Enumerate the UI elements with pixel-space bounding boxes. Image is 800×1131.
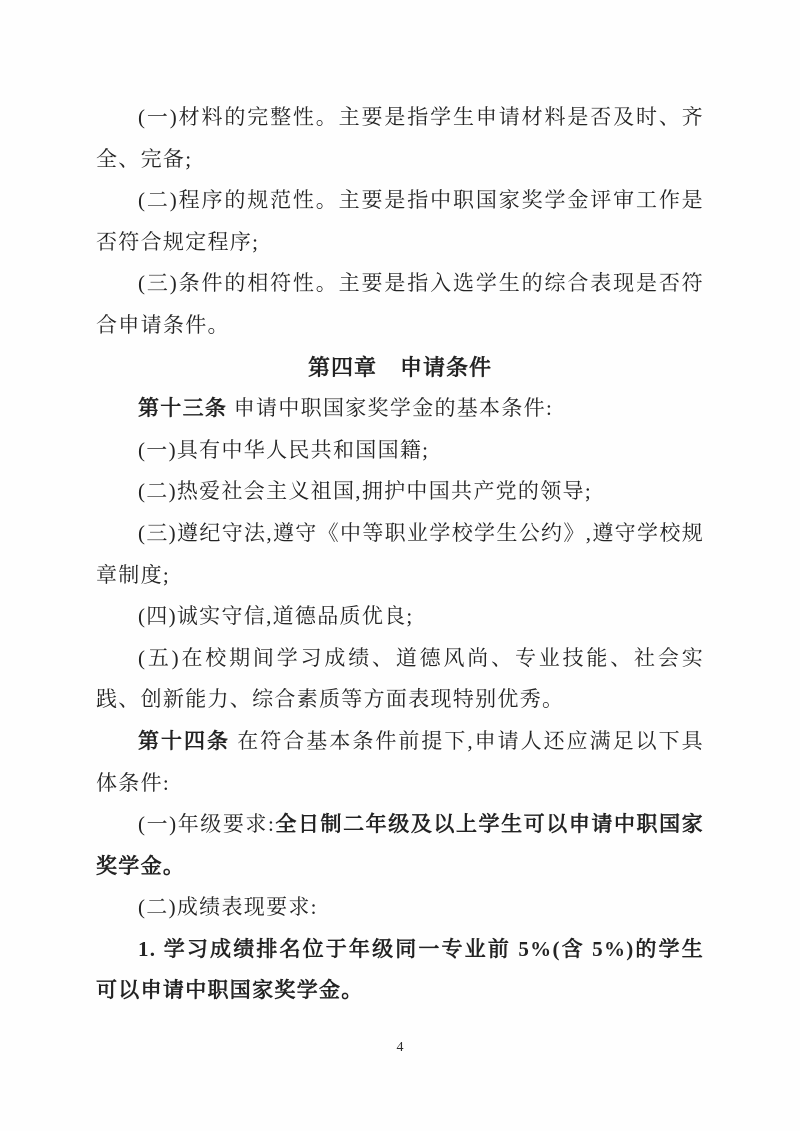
paragraph-text: (二)热爱社会主义祖国,拥护中国共产党的领导; xyxy=(138,479,592,503)
paragraph-article-13: 第十三条 申请中职国家奖学金的基本条件: xyxy=(96,388,704,430)
paragraph-material-completeness: (一)材料的完整性。主要是指学生申请材料是否及时、齐全、完备; xyxy=(96,97,704,180)
paragraph-text: (二)成绩表现要求: xyxy=(138,895,318,919)
chapter-heading: 第四章 申请条件 xyxy=(96,347,704,389)
chapter-heading-text: 第四章 申请条件 xyxy=(308,355,492,380)
document-body: (一)材料的完整性。主要是指学生申请材料是否及时、齐全、完备; (二)程序的规范… xyxy=(96,97,704,1012)
article-13-text: 申请中职国家奖学金的基本条件: xyxy=(227,396,553,420)
item-law-abiding: (三)遵纪守法,遵守《中等职业学校学生公约》,遵守学校规章制度; xyxy=(96,513,704,596)
paragraph-text: (三)条件的相符性。主要是指入选学生的综合表现是否符合申请条件。 xyxy=(96,271,704,337)
paragraph-text: (四)诚实守信,道德品质优良; xyxy=(138,604,414,628)
page-footer: 4 xyxy=(0,1038,800,1058)
paragraph-text: (二)程序的规范性。主要是指中职国家奖学金评审工作是否符合规定程序; xyxy=(96,188,704,254)
grade-requirement-label: (一)年级要求: xyxy=(138,812,275,836)
performance-requirement: (二)成绩表现要求: xyxy=(96,887,704,929)
item-nationality: (一)具有中华人民共和国国籍; xyxy=(96,430,704,472)
paragraph-text: (三)遵纪守法,遵守《中等职业学校学生公约》,遵守学校规章制度; xyxy=(96,521,704,587)
grade-requirement: (一)年级要求:全日制二年级及以上学生可以申请中职国家奖学金。 xyxy=(96,804,704,887)
paragraph-text: (五)在校期间学习成绩、道德风尚、专业技能、社会实践、创新能力、综合素质等方面表… xyxy=(96,646,704,712)
paragraph-article-14: 第十四条 在符合基本条件前提下,申请人还应满足以下具体条件: xyxy=(96,721,704,804)
article-14-label: 第十四条 xyxy=(138,729,230,753)
rank-requirement: 1. 学习成绩排名位于年级同一专业前 5%(含 5%)的学生可以申请中职国家奖学… xyxy=(96,929,704,1012)
item-excellence: (五)在校期间学习成绩、道德风尚、专业技能、社会实践、创新能力、综合素质等方面表… xyxy=(96,638,704,721)
paragraph-text: (一)材料的完整性。主要是指学生申请材料是否及时、齐全、完备; xyxy=(96,105,704,171)
paragraph-condition-match: (三)条件的相符性。主要是指入选学生的综合表现是否符合申请条件。 xyxy=(96,263,704,346)
paragraph-procedure-standard: (二)程序的规范性。主要是指中职国家奖学金评审工作是否符合规定程序; xyxy=(96,180,704,263)
page-number: 4 xyxy=(397,1040,404,1055)
item-honesty: (四)诚实守信,道德品质优良; xyxy=(96,596,704,638)
document-page: (一)材料的完整性。主要是指学生申请材料是否及时、齐全、完备; (二)程序的规范… xyxy=(0,0,800,1131)
item-patriotism: (二)热爱社会主义祖国,拥护中国共产党的领导; xyxy=(96,471,704,513)
paragraph-text: 1. 学习成绩排名位于年级同一专业前 5%(含 5%)的学生可以申请中职国家奖学… xyxy=(96,937,704,1003)
paragraph-text: (一)具有中华人民共和国国籍; xyxy=(138,438,429,462)
article-13-label: 第十三条 xyxy=(138,396,227,420)
